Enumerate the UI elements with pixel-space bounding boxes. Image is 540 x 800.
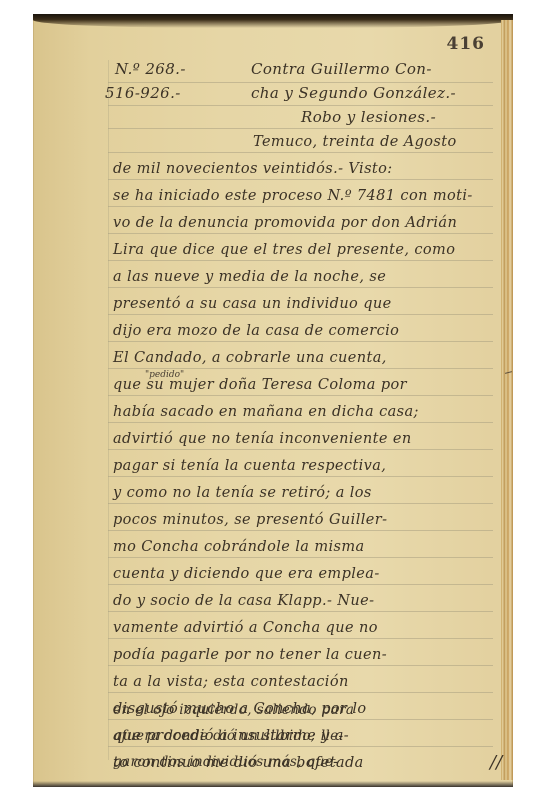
- end-of-page-mark: //: [490, 752, 502, 773]
- body-line-5: Lira que dice que el tres del presente, …: [113, 242, 455, 258]
- case-number: N.º 268.-: [115, 60, 186, 78]
- interlinear-note: "pedido": [145, 370, 184, 380]
- case-title-line-2: cha y Segundo González.-: [251, 84, 456, 102]
- body-line-11: había sacado en mañana en dicha casa;: [113, 404, 419, 420]
- body-line-15: pocos minutos, se presentó Guiller-: [113, 512, 387, 528]
- margin-line: [108, 60, 109, 760]
- body-line-3: se ha iniciado este proceso N.º 7481 con…: [113, 188, 473, 204]
- body-line-26: afuera donde dió un silbido; lle-: [113, 728, 344, 744]
- body-line-12: advirtió que no tenía inconveniente en: [113, 431, 412, 447]
- body-line-6: a las nueve y media de la noche, se: [113, 269, 386, 285]
- body-line-13: pagar si tenía la cuenta respectiva,: [113, 458, 386, 474]
- body-line-1: Temuco, treinta de Agosto: [253, 134, 457, 150]
- case-title-line-3: Robo y lesiones.-: [301, 108, 436, 126]
- case-title-line-1: Contra Guillermo Con-: [251, 60, 432, 78]
- body-line-2: de mil novecientos veintidós.- Visto:: [113, 161, 393, 177]
- body-line-14: y como no la tenía se retiró; a los: [113, 485, 372, 501]
- page-bottom-edge: [33, 781, 513, 787]
- body-line-7: presentó a su casa un individuo que: [113, 296, 392, 312]
- body-line-8: dijo era mozo de la casa de comercio: [113, 323, 399, 339]
- body-line-19: vamente advirtió a Concha que no: [113, 620, 378, 636]
- body-line-9: El Candado, a cobrarle una cuenta,: [113, 350, 387, 366]
- folio-number: 416: [447, 34, 486, 54]
- ledger-page: 416 N.º 268.- 516-926.- Contra Guillermo…: [33, 14, 513, 787]
- file-reference: 516-926.-: [105, 84, 181, 102]
- body-line-17: cuenta y diciendo que era emplea-: [113, 566, 380, 582]
- body-line-16: mo Concha cobrándole la misma: [113, 539, 365, 555]
- body-line-25: en el ojo izquierdo, saliendo para: [113, 702, 354, 718]
- body-line-20: podía pagarle por no tener la cuen-: [113, 647, 387, 663]
- page-top-shadow: [33, 14, 513, 28]
- body-line-27: garon dos individuos más, que-: [113, 754, 338, 770]
- body-line-4: vo de la denuncia promovida por don Adri…: [113, 215, 457, 231]
- body-line-21: ta a la vista; esta contestación: [113, 674, 349, 690]
- body-line-18: do y socio de la casa Klapp.- Nue-: [113, 593, 374, 609]
